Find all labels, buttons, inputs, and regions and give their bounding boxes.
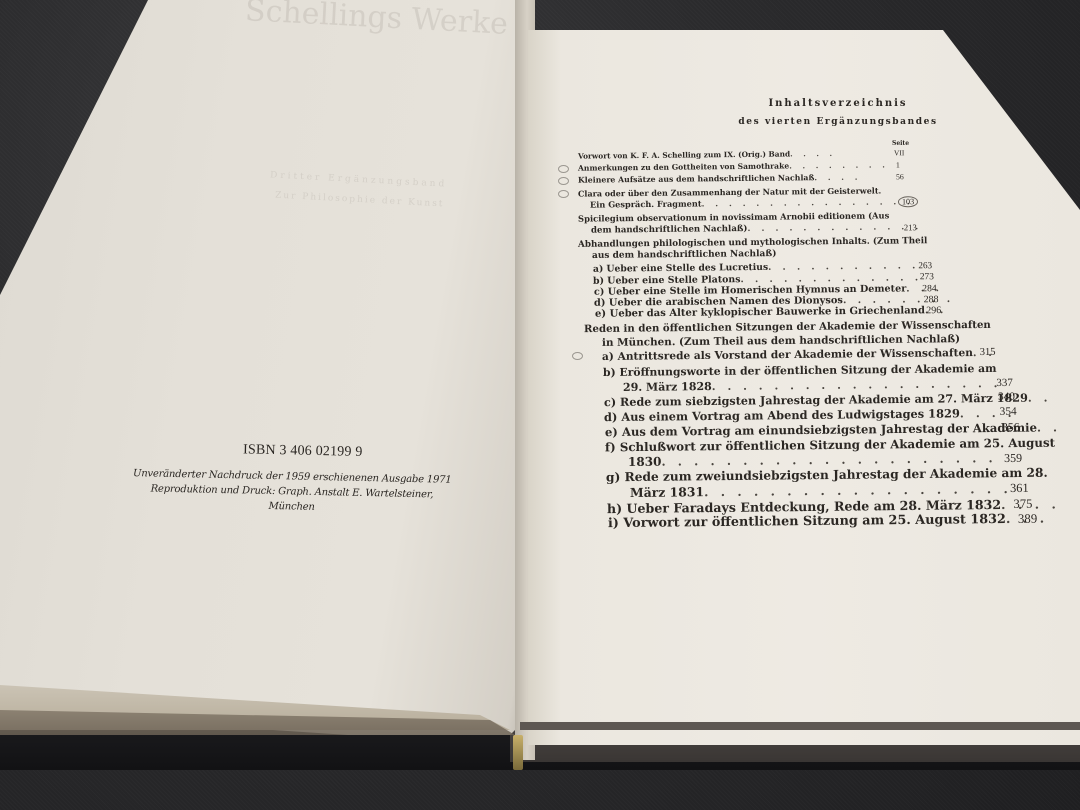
leader-dots: . . . .: [814, 173, 861, 182]
toc-page-number: 340: [998, 391, 1015, 403]
toc-page-number: 284: [922, 283, 937, 294]
toc-entry-title: aus dem handschriftlichen Nachlaß): [592, 249, 777, 261]
toc-page-number: 354: [1000, 406, 1017, 418]
pencil-mark-icon: [558, 190, 569, 198]
page-column-header: Seite: [892, 140, 909, 147]
toc-title: Inhaltsverzeichnis: [638, 98, 1038, 109]
table-of-contents: Inhaltsverzeichnis des vierten Ergänzung…: [578, 98, 1038, 127]
pencil-mark-icon: [572, 352, 583, 360]
toc-entry-title: März 1831: [630, 484, 704, 500]
toc-page-number: 213: [904, 222, 917, 232]
toc-page-number: VII: [894, 148, 904, 157]
isbn: ISBN 3 406 02199 9: [148, 440, 458, 462]
toc-entry-title: 29. März 1828: [623, 380, 712, 394]
leader-dots: . .: [1028, 390, 1052, 404]
toc-page-number: 288: [924, 294, 939, 305]
leader-dots: . .: [1037, 420, 1061, 434]
toc-page-number: 375: [1014, 497, 1033, 512]
pencil-mark-icon: [558, 165, 569, 173]
toc-page-number: 315: [980, 347, 996, 358]
leader-dots: . . . . . . . . . . . . .: [768, 260, 927, 273]
toc-entry-title: 1830: [628, 455, 662, 469]
toc-page-number: 263: [918, 260, 932, 270]
toc-entry-title: a) Ueber eine Stelle des Lucretius: [593, 262, 768, 275]
leader-dots: . . . . . . . .: [789, 160, 889, 170]
pencil-mark-icon: [558, 177, 569, 185]
toc-page-number: 296: [926, 305, 941, 316]
bleed-through-line: Dritter Ergänzungsband: [270, 170, 448, 189]
leader-dots: . . . .: [790, 149, 836, 158]
toc-page-number: 361: [1010, 481, 1029, 496]
toc-entry-title: dem handschriftlichen Nachlaß): [591, 224, 748, 236]
leader-dots: . . . . . . . . . . . . . . .: [748, 222, 922, 234]
toc-page-number: 356: [1002, 421, 1020, 434]
imprint-line: Reproduktion und Druck: Graph. Anstalt E…: [127, 481, 458, 518]
toc-entry: aus dem handschriftlichen Nachlaß): [592, 249, 777, 261]
toc-page-number: 56: [896, 172, 904, 181]
gilt-page-edge: [513, 735, 523, 770]
toc-page-number: 389: [1018, 512, 1037, 527]
toc-page-number: 273: [920, 272, 934, 282]
toc-subtitle: des vierten Ergänzungsbandes: [638, 117, 1038, 127]
toc-page-number: 1: [896, 160, 900, 169]
toc-entry-title: Ein Gespräch. Fragment: [590, 198, 702, 209]
bleed-through-line: Zur Philosophie der Kunst: [275, 191, 445, 210]
toc-page-number: 337: [996, 377, 1013, 389]
imprint-block: ISBN 3 406 02199 9 Unveränderter Nachdru…: [127, 440, 458, 518]
right-page-bottom-edge: [520, 722, 1080, 730]
toc-page-number: 359: [1004, 451, 1022, 466]
bleed-through-title: Schellings Werke: [244, 0, 509, 42]
